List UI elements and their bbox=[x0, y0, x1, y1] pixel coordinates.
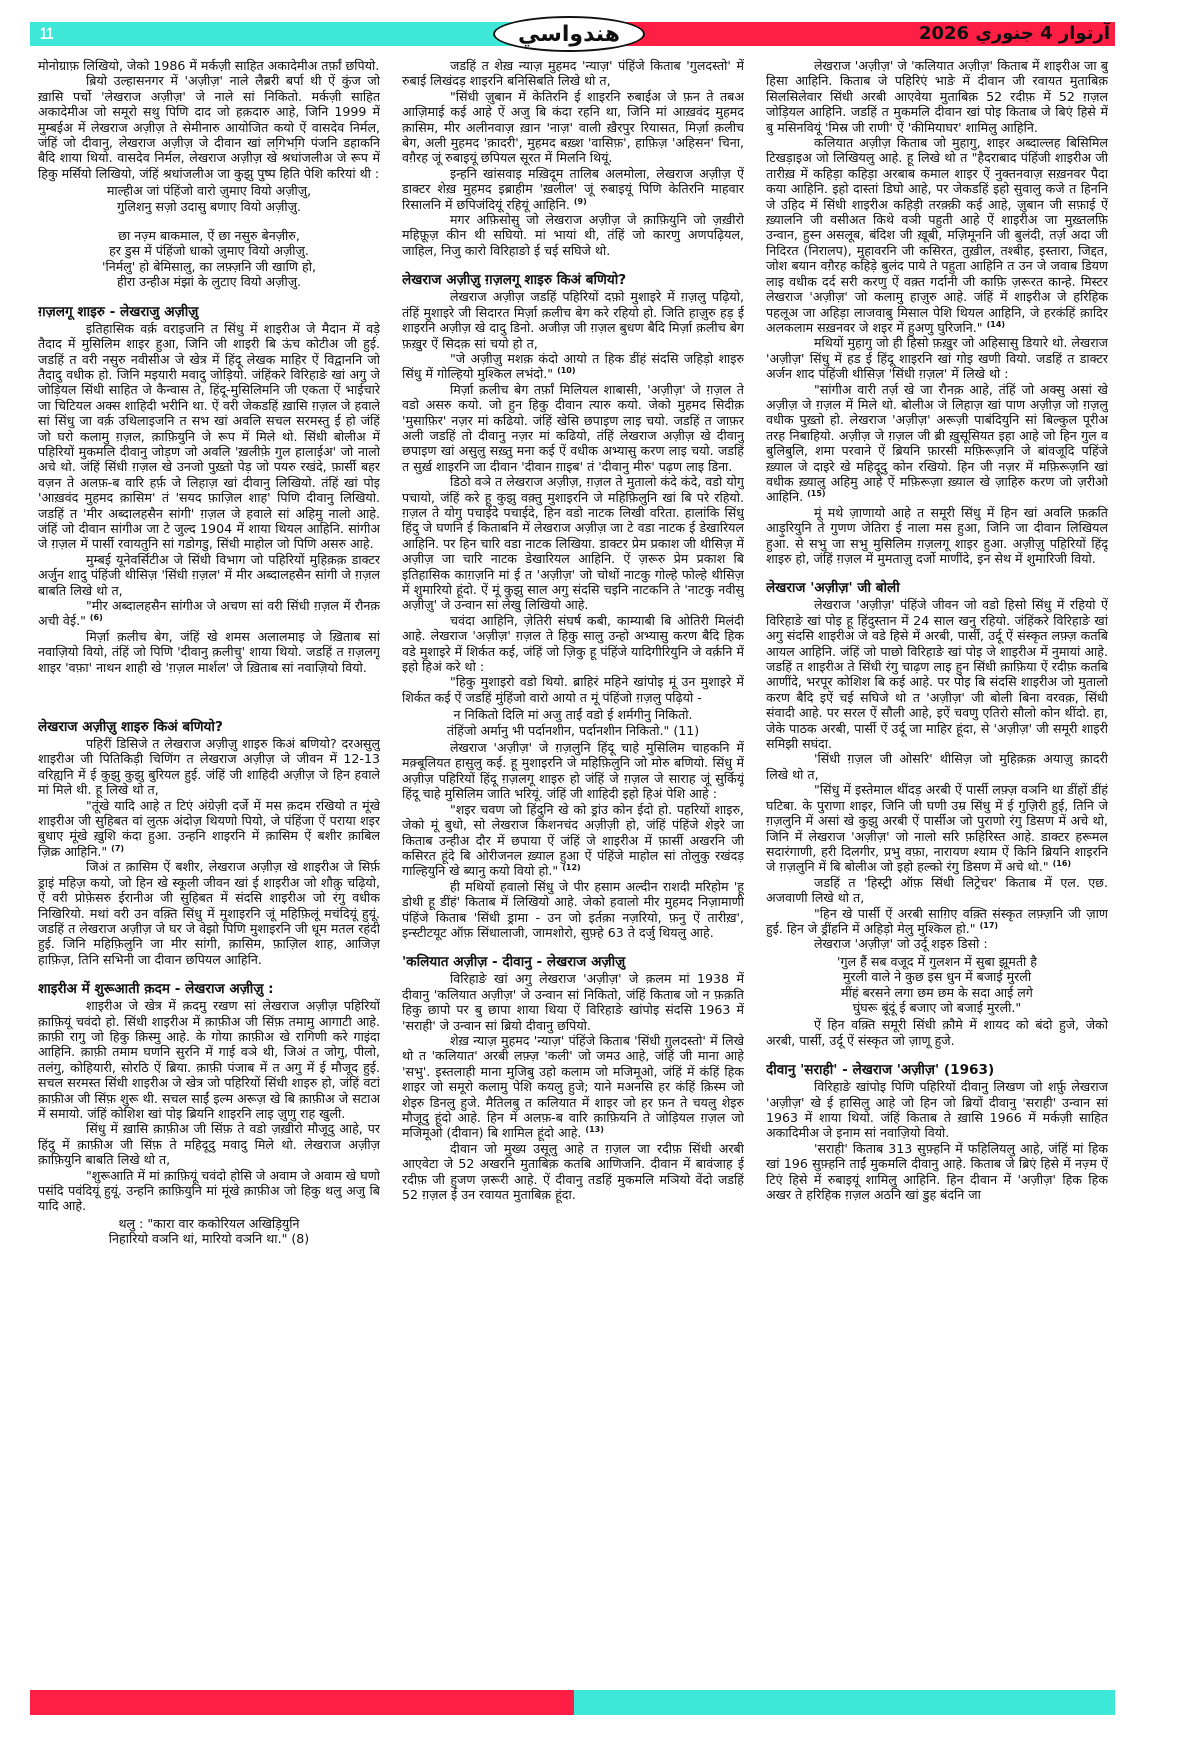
section-heading: 'कलियात अज़ीज़ - दीवानु - लेखराज अज़ीज़ु bbox=[402, 954, 744, 970]
verse-line: गुलिशनु सज़ो उदासु बणाए वियो अज़ीज़ु. bbox=[38, 199, 380, 214]
paragraph: "जे अज़ीज़ु मशक़ कंदो आयो त हिक डींहं सं… bbox=[402, 351, 744, 382]
paragraph: मथियों मुहागु जो ही हिसो फ़ख़ुर जो अहिसा… bbox=[766, 335, 1108, 381]
verse-block: न निकितो दिलि मां अजु ताईं वडो ई शर्मगीन… bbox=[402, 707, 744, 738]
section-heading: लेखराज अज़ीज़ु ग़ज़लगू शाइरु किअं बणियो? bbox=[402, 272, 744, 288]
column-2: जडहिं त शेख़ न्याज़ मुहमद 'न्याज़' पंहिं… bbox=[402, 58, 744, 1686]
paragraph: "सांगीअ वारी तर्ज़ खे जा रौनक़ आहे, तंहि… bbox=[766, 382, 1108, 505]
verse-line: तंहिंजो अर्मानु भी पर्दानशीन, पर्दानशीन … bbox=[402, 723, 744, 738]
newspaper-logo: هندواسي bbox=[493, 16, 645, 52]
verse-line: हीरा उन्हीअ मंझां के लुटाए वियो अज़ीज़ु. bbox=[38, 274, 380, 289]
paragraph-text: विरिहाङे खां अगु लेखराज 'अज़ीज़' जे क़लम… bbox=[402, 971, 744, 1032]
paragraph: मगर अफ़िसोसु जो लेखराज अज़ीज़ जे क़ाफ़िय… bbox=[402, 212, 744, 258]
paragraph-text: "शुरूआति में मां क़ाफ़ियूं चवंदो होसि जे… bbox=[38, 1168, 380, 1214]
paragraph-text: "सिंधी ज़ुबान में केतिरनि ई शाइरनि रुबाई… bbox=[402, 89, 744, 166]
paragraph-text: "तूंखे यादि आहे त टिएं अंग्रेज़ी दर्जे म… bbox=[38, 798, 380, 859]
paragraph-text: मुम्बई यूनेवर्सिटीअ जे सिंधी विभाग जो पह… bbox=[38, 552, 380, 598]
paragraph: मुम्बई यूनेवर्सिटीअ जे सिंधी विभाग जो पह… bbox=[38, 552, 380, 598]
verse-line: मुरली वाले ने कुछ इस धुन में बजाई मुरली bbox=[766, 969, 1108, 984]
page-number: 11 bbox=[40, 22, 53, 46]
paragraph-text: शेख़ न्याज़ मुहमद 'न्याज़' पंहिंजे किताब… bbox=[402, 1033, 744, 1140]
paragraph: ब़ियो उल्हासनगर में 'अज़ीज़' नाले लैब्रर… bbox=[38, 73, 380, 181]
paragraph: लेखराज 'अज़ीज़' पंहिंजे जीवन जो वडो हिसो… bbox=[766, 597, 1108, 751]
paragraph: "शइर चवण जो हिंदुनि खे को ड्रांउ कोन ईदो… bbox=[402, 802, 744, 879]
logo-text: هندواسي bbox=[518, 22, 620, 47]
paragraph: मूं मथे ज़ाणायो आहे त समूरी सिंधु में हि… bbox=[766, 505, 1108, 567]
paragraph: शेख़ न्याज़ मुहमद 'न्याज़' पंहिंजे किताब… bbox=[402, 1033, 744, 1141]
paragraph: चवंदा आहिनि, ज़ेतिरी संघर्ष कबी, काम्याब… bbox=[402, 613, 744, 675]
verse-line: मींहं बरसने लगा छम छम के सदा आई लगे bbox=[766, 985, 1108, 1000]
verse-line: हर डुस में पंहिंजो धाको ज़ुमाए वियो अज़ी… bbox=[38, 243, 380, 258]
paragraph: "शुरूआति में मां क़ाफ़ियूं चवंदो होसि जे… bbox=[38, 1168, 380, 1214]
paragraph: "हिकु मुशाइरो वडो थियो. ब्राहिरं महिने ख… bbox=[402, 674, 744, 705]
column-1: मोनोग्राफ़ लिखियो, जेको 1986 में मर्कज़ी… bbox=[38, 58, 380, 1686]
paragraph: "सिंधी ज़ुबान में केतिरनि ई शाइरनि रुबाई… bbox=[402, 89, 744, 166]
verse-line: घुंघरू बूंदूं ई बजाए जो बजाई मुरली." bbox=[766, 1000, 1108, 1015]
paragraph: इन्हनि खांसवाइ मख़िदूम तालिब अलमोला, लेख… bbox=[402, 166, 744, 212]
paragraph: लेखराज 'अज़ीज़' जे ग़ज़लुनि हिंदू चाहे म… bbox=[402, 740, 744, 802]
paragraph: मिर्ज़ा क़लीच बेग, जंहिं खे शमस अलालमाइ … bbox=[38, 629, 380, 675]
paragraph: ही मथियों हवालो सिंधु जे पीर हसाम अल्दीन… bbox=[402, 879, 744, 941]
paragraph-text: जडहिं त 'हिस्ट्री ऑफ़ सिंधी लिट्रेचर' कि… bbox=[766, 875, 1108, 905]
footer-band bbox=[30, 1690, 1115, 1715]
paragraph-text: जडहिं त शेख़ न्याज़ मुहमद 'न्याज़' पंहिं… bbox=[402, 58, 744, 88]
paragraph-text: पहिरीं डिसिजे त लेखराज अज़ीज़ु शाइरु किअ… bbox=[38, 736, 380, 797]
footer-band-cyan bbox=[574, 1690, 1115, 1715]
footnote-ref: (13) bbox=[585, 1125, 603, 1134]
paragraph-text: इतिहासिक वर्क़ वराइजनि त सिंधु में शाइरी… bbox=[38, 321, 380, 552]
issue-date: آرتوار 4 جنوري 2026 bbox=[919, 21, 1110, 47]
column-3: लेखराज 'अज़ीज़' जे 'कलियात अज़ीज़' किताब… bbox=[766, 58, 1108, 1686]
verse-line: 'निर्मलु' हो बेमिसालु, का लफ़्ज़नि जी खा… bbox=[38, 259, 380, 274]
paragraph: लेखराज 'अज़ीज़' जो उर्दू शइरु डिसो : bbox=[766, 936, 1108, 951]
paragraph-text: 'सराही' किताब 313 सुफ़्हनि में फहिलियलु … bbox=[766, 1141, 1108, 1202]
paragraph: लेखराज अज़ीज़ जडहिं पहिरियों दफ़ो मुशाइर… bbox=[402, 289, 744, 351]
paragraph: सिंधु में ख़ासि क़ाफ़ीअ जी सिंफ़ ते वडो … bbox=[38, 1121, 380, 1167]
footnote-ref: (16) bbox=[1053, 859, 1071, 868]
paragraph: इतिहासिक वर्क़ वराइजनि त सिंधु में शाइरी… bbox=[38, 321, 380, 552]
paragraph: जडहिं त 'हिस्ट्री ऑफ़ सिंधी लिट्रेचर' कि… bbox=[766, 875, 1108, 906]
article-columns: मोनोग्राफ़ लिखियो, जेको 1986 में मर्कज़ी… bbox=[38, 58, 1108, 1686]
paragraph-text: कलियात अज़ीज़ किताब जो मुहागु, शाइर अब्द… bbox=[766, 135, 1108, 335]
footnote-ref: (10) bbox=[557, 366, 575, 375]
paragraph-text: मगर अफ़िसोसु जो लेखराज अज़ीज़ जे क़ाफ़िय… bbox=[402, 212, 744, 258]
verse-line: माल्हीअ जां पंहिंजो वारो ज़ुमाए वियो अज़… bbox=[38, 183, 380, 198]
footer-band-red bbox=[30, 1690, 574, 1715]
paragraph-text: शाइरीअ जे खेत्र में क़दमु रखण सां लेखराज… bbox=[38, 998, 380, 1121]
verse-block: माल्हीअ जां पंहिंजो वारो ज़ुमाए वियो अज़… bbox=[38, 183, 380, 214]
paragraph: "सिंधु में इस्तेमाल थींदड़ अरबी ऐं पार्स… bbox=[766, 782, 1108, 874]
paragraph-text: मूं मथे ज़ाणायो आहे त समूरी सिंधु में हि… bbox=[766, 505, 1108, 566]
paragraph-text: "सांगीअ वारी तर्ज़ खे जा रौनक़ आहे, तंहि… bbox=[766, 382, 1108, 505]
paragraph: "तूंखे यादि आहे त टिएं अंग्रेज़ी दर्जे म… bbox=[38, 798, 380, 860]
paragraph: "मीर अब्दालहसैन सांगीअ जे अचण सां वरी सि… bbox=[38, 598, 380, 629]
paragraph-text: 'सिंधी ग़ज़ल जी ओसरि' थीसिज़ जो मुहिक़क़… bbox=[766, 751, 1108, 781]
paragraph-text: ऐं हिन वक़्ति समूरी सिंधी क़ौमे में शायद… bbox=[766, 1017, 1108, 1047]
paragraph: जडहिं त शेख़ न्याज़ मुहमद 'न्याज़' पंहिं… bbox=[402, 58, 744, 89]
paragraph: मोनोग्राफ़ लिखियो, जेको 1986 में मर्कज़ी… bbox=[38, 58, 380, 73]
paragraph-text: लेखराज 'अज़ीज़' जे 'कलियात अज़ीज़' किताब… bbox=[766, 58, 1108, 135]
paragraph: लेखराज 'अज़ीज़' जे 'कलियात अज़ीज़' किताब… bbox=[766, 58, 1108, 135]
paragraph: शाइरीअ जे खेत्र में क़दमु रखण सां लेखराज… bbox=[38, 998, 380, 1121]
footnote-ref: (17) bbox=[980, 921, 998, 930]
section-heading: ग़ज़लगू शाइरु - लेखराजु अज़ीज़ु bbox=[38, 304, 380, 320]
spacer bbox=[38, 675, 380, 705]
verse-block: 'गुल हैं सब वजूद में गुलशन में सुबा झूमत… bbox=[766, 954, 1108, 1016]
paragraph: ऐं हिन वक़्ति समूरी सिंधी क़ौमे में शायद… bbox=[766, 1017, 1108, 1048]
paragraph-text: मिर्ज़ा क़लीच बेग, जंहिं खे शमस अलालमाइ … bbox=[38, 629, 380, 675]
paragraph-text: चवंदा आहिनि, ज़ेतिरी संघर्ष कबी, काम्याब… bbox=[402, 613, 744, 674]
paragraph: "हिन खे पार्सी ऐं अरबी साग़िए वक़्ति संस… bbox=[766, 906, 1108, 937]
masthead-band-cyan bbox=[30, 22, 573, 46]
verse-line: 'गुल हैं सब वजूद में गुलशन में सुबा झूमत… bbox=[766, 954, 1108, 969]
paragraph-text: मिर्ज़ा क़लीच बेग तर्फ़ां मिलियल शाबासी,… bbox=[402, 382, 744, 474]
paragraph: दीवान जो मुख्य उसूलु आहे त ग़ज़ल जा रदीफ… bbox=[402, 1141, 744, 1203]
paragraph: मिर्ज़ा क़लीच बेग तर्फ़ां मिलियल शाबासी,… bbox=[402, 382, 744, 474]
section-heading: शाइरीअ में शुरूआती क़दम - लेखराज अज़ीज़ु… bbox=[38, 981, 380, 997]
spacer bbox=[38, 216, 380, 226]
footnote-ref: (14) bbox=[987, 320, 1005, 329]
paragraph-text: लेखराज 'अज़ीज़' जो उर्दू शइरु डिसो : bbox=[814, 936, 988, 951]
verse-block: छा नज़्म बाकमाल, ऐं छा नसुरु बेनज़ीरु,हर… bbox=[38, 228, 380, 290]
verse-line: थलु : "कारा वार ककोरियल अखिड़ियुनि bbox=[38, 1216, 380, 1231]
section-heading: लेखराज 'अज़ीज़' जी बोली bbox=[766, 580, 1108, 596]
paragraph-text: डिठो वञे त लेखराज अज़ीज़, ग़ज़ल ते मुताल… bbox=[402, 474, 744, 612]
paragraph-text: मोनोग्राफ़ लिखियो, जेको 1986 में मर्कज़ी… bbox=[38, 58, 379, 73]
paragraph-text: सिंधु में ख़ासि क़ाफ़ीअ जी सिंफ़ ते वडो … bbox=[38, 1121, 380, 1167]
paragraph-text: "हिन खे पार्सी ऐं अरबी साग़िए वक़्ति संस… bbox=[766, 906, 1108, 936]
paragraph: विरिहाङे खांपोइ पिणि पहिरियों दीवानु लिख… bbox=[766, 1079, 1108, 1141]
paragraph-text: ब़ियो उल्हासनगर में 'अज़ीज़' नाले लैब्रर… bbox=[38, 73, 380, 180]
paragraph: जिअं त क़ासिम ऐं बशीर, लेखराज अज़ीज़ खे … bbox=[38, 859, 380, 967]
paragraph-text: दीवान जो मुख्य उसूलु आहे त ग़ज़ल जा रदीफ… bbox=[402, 1141, 744, 1202]
verse-line: न निकितो दिलि मां अजु ताईं वडो ई शर्मगीन… bbox=[402, 707, 744, 722]
paragraph-text: जिअं त क़ासिम ऐं बशीर, लेखराज अज़ीज़ खे … bbox=[38, 859, 380, 966]
paragraph: डिठो वञे त लेखराज अज़ीज़, ग़ज़ल ते मुताल… bbox=[402, 474, 744, 613]
verse-line: छा नज़्म बाकमाल, ऐं छा नसुरु बेनज़ीरु, bbox=[38, 228, 380, 243]
footnote-ref: (6) bbox=[90, 613, 103, 622]
footnote-ref: (12) bbox=[562, 863, 580, 872]
paragraph: पहिरीं डिसिजे त लेखराज अज़ीज़ु शाइरु किअ… bbox=[38, 736, 380, 798]
verse-line: निहारियो वञनि थां, मारियो वञनि था." (8) bbox=[38, 1231, 380, 1246]
paragraph-text: लेखराज 'अज़ीज़' पंहिंजे जीवन जो वडो हिसो… bbox=[766, 597, 1108, 751]
paragraph-text: मथियों मुहागु जो ही हिसो फ़ख़ुर जो अहिसा… bbox=[766, 335, 1108, 381]
footnote-ref: (15) bbox=[807, 489, 825, 498]
paragraph-text: ही मथियों हवालो सिंधु जे पीर हसाम अल्दीन… bbox=[402, 879, 744, 940]
section-heading: लेखराज अज़ीज़ु शाइरु किअं बणियो? bbox=[38, 719, 380, 735]
paragraph: 'सराही' किताब 313 सुफ़्हनि में फहिलियलु … bbox=[766, 1141, 1108, 1203]
paragraph-text: लेखराज अज़ीज़ जडहिं पहिरियों दफ़ो मुशाइर… bbox=[402, 289, 744, 350]
section-heading: दीवानु 'सराही' - लेखराज 'अज़ीज़' (1963) bbox=[766, 1062, 1108, 1078]
footnote-ref: (7) bbox=[111, 844, 124, 853]
paragraph-text: विरिहाङे खांपोइ पिणि पहिरियों दीवानु लिख… bbox=[766, 1079, 1108, 1140]
paragraph: विरिहाङे खां अगु लेखराज 'अज़ीज़' जे क़लम… bbox=[402, 971, 744, 1033]
paragraph-text: "हिकु मुशाइरो वडो थियो. ब्राहिरं महिने ख… bbox=[402, 674, 744, 704]
paragraph: 'सिंधी ग़ज़ल जी ओसरि' थीसिज़ जो मुहिक़क़… bbox=[766, 751, 1108, 782]
paragraph-text: लेखराज 'अज़ीज़' जे ग़ज़लुनि हिंदू चाहे म… bbox=[402, 740, 744, 801]
verse-block: थलु : "कारा वार ककोरियल अखिड़ियुनिनिहारि… bbox=[38, 1216, 380, 1247]
footnote-ref: (9) bbox=[574, 196, 587, 205]
paragraph: कलियात अज़ीज़ किताब जो मुहागु, शाइर अब्द… bbox=[766, 135, 1108, 335]
